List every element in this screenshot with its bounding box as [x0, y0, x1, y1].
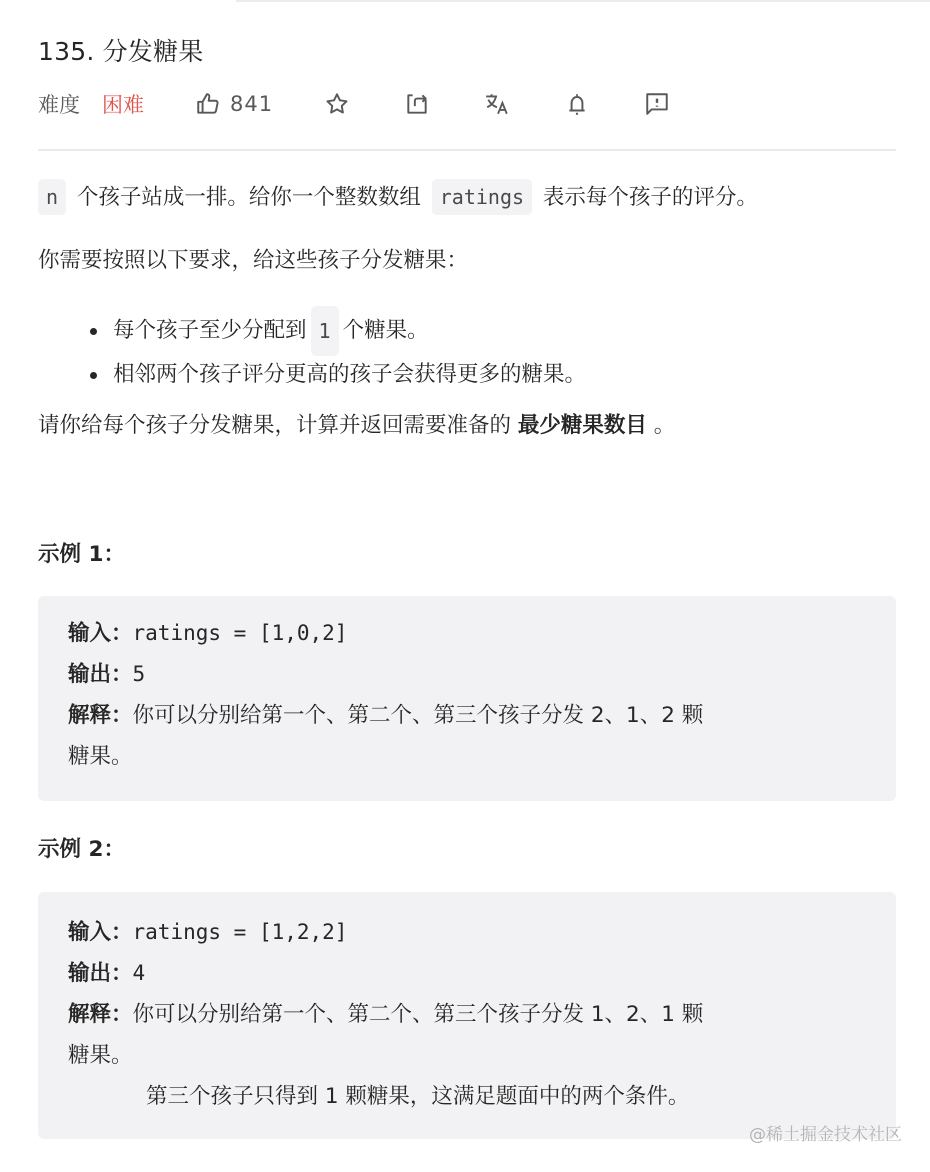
- top-border: [236, 0, 930, 2]
- star-icon: [324, 91, 350, 117]
- bullet-icon: [90, 372, 97, 379]
- explain-text: 糖果。: [68, 1035, 866, 1076]
- problem-title: 135. 分发糖果: [38, 32, 203, 68]
- output-label: 输出：: [68, 662, 133, 687]
- description-text: 表示每个孩子的评分。: [543, 185, 758, 210]
- output-value: 5: [133, 662, 146, 686]
- input-label: 输入：: [68, 621, 133, 646]
- explain-text: 你可以分别给第一个、第二个、第三个孩子分发 2、1、2 颗: [133, 703, 704, 728]
- description-line-1: n 个孩子站成一排。给你一个整数数组 ratings 表示每个孩子的评分。: [38, 180, 758, 215]
- bell-icon: [564, 91, 590, 117]
- explain-text: 糖果。: [68, 736, 866, 777]
- description-line-2: 你需要按照以下要求，给这些孩子分发糖果：: [38, 244, 468, 278]
- difficulty-badge: 困难: [102, 89, 144, 119]
- thumbs-up-icon: [194, 90, 222, 118]
- list-item: 每个孩子至少分配到 1 个糖果。: [90, 306, 586, 356]
- input-value: ratings = [1,2,2]: [133, 920, 348, 944]
- example-input: 输入：ratings = [1,2,2]: [68, 912, 866, 953]
- description-line-3: 请你给每个孩子分发糖果，计算并返回需要准备的 最少糖果数目 。: [38, 409, 675, 443]
- explain-label: 解释：: [68, 1002, 133, 1027]
- translate-icon: [484, 91, 510, 117]
- code-one: 1: [311, 306, 339, 356]
- like-count: 841: [230, 92, 273, 116]
- list-item-text: 每个孩子至少分配到: [113, 312, 307, 350]
- code-n: n: [38, 179, 66, 215]
- description-text: 请你给每个孩子分发糖果，计算并返回需要准备的: [38, 413, 511, 438]
- example-output: 输出：4: [68, 953, 866, 994]
- example-output: 输出：5: [68, 654, 866, 695]
- example-1-block: 输入：ratings = [1,0,2] 输出：5 解释：你可以分别给第一个、第…: [38, 596, 896, 801]
- header-divider: [38, 149, 896, 151]
- example-explanation: 解释：你可以分别给第一个、第二个、第三个孩子分发 1、2、1 颗: [68, 994, 866, 1035]
- share-button[interactable]: [403, 90, 431, 118]
- example-2-block: 输入：ratings = [1,2,2] 输出：4 解释：你可以分别给第一个、第…: [38, 892, 896, 1139]
- example-input: 输入：ratings = [1,0,2]: [68, 613, 866, 654]
- description-text: 。: [654, 413, 676, 438]
- favorite-button[interactable]: [323, 90, 351, 118]
- description-text: 个孩子站成一排。给你一个整数数组: [77, 185, 421, 210]
- input-label: 输入：: [68, 920, 133, 945]
- emphasis-text: 最少糖果数目: [518, 413, 647, 438]
- watermark: @稀土掘金技术社区: [749, 1120, 902, 1145]
- difficulty-label: 难度: [38, 89, 80, 119]
- list-item-text: 相邻两个孩子评分更高的孩子会获得更多的糖果。: [113, 356, 586, 394]
- example-2-title: 示例 2：: [38, 832, 125, 863]
- code-ratings: ratings: [432, 179, 532, 215]
- list-item-text: 个糖果。: [343, 312, 429, 350]
- share-icon: [404, 91, 430, 117]
- like-button[interactable]: 841: [194, 90, 273, 118]
- feedback-button[interactable]: [643, 90, 671, 118]
- input-value: ratings = [1,0,2]: [133, 621, 348, 645]
- output-label: 输出：: [68, 961, 133, 986]
- problem-meta-toolbar: 难度 困难 841: [38, 86, 671, 122]
- translate-button[interactable]: [483, 90, 511, 118]
- notification-button[interactable]: [563, 90, 591, 118]
- explain-text: 你可以分别给第一个、第二个、第三个孩子分发 1、2、1 颗: [133, 1002, 704, 1027]
- bullet-icon: [90, 328, 97, 335]
- example-explanation: 解释：你可以分别给第一个、第二个、第三个孩子分发 2、1、2 颗: [68, 695, 866, 736]
- list-item: 相邻两个孩子评分更高的孩子会获得更多的糖果。: [90, 356, 586, 394]
- explain-text: 第三个孩子只得到 1 颗糖果，这满足题面中的两个条件。: [68, 1076, 866, 1117]
- explain-label: 解释：: [68, 703, 133, 728]
- example-1-title: 示例 1：: [38, 537, 125, 568]
- requirements-list: 每个孩子至少分配到 1 个糖果。 相邻两个孩子评分更高的孩子会获得更多的糖果。: [90, 306, 586, 394]
- feedback-icon: [644, 91, 670, 117]
- output-value: 4: [133, 961, 146, 985]
